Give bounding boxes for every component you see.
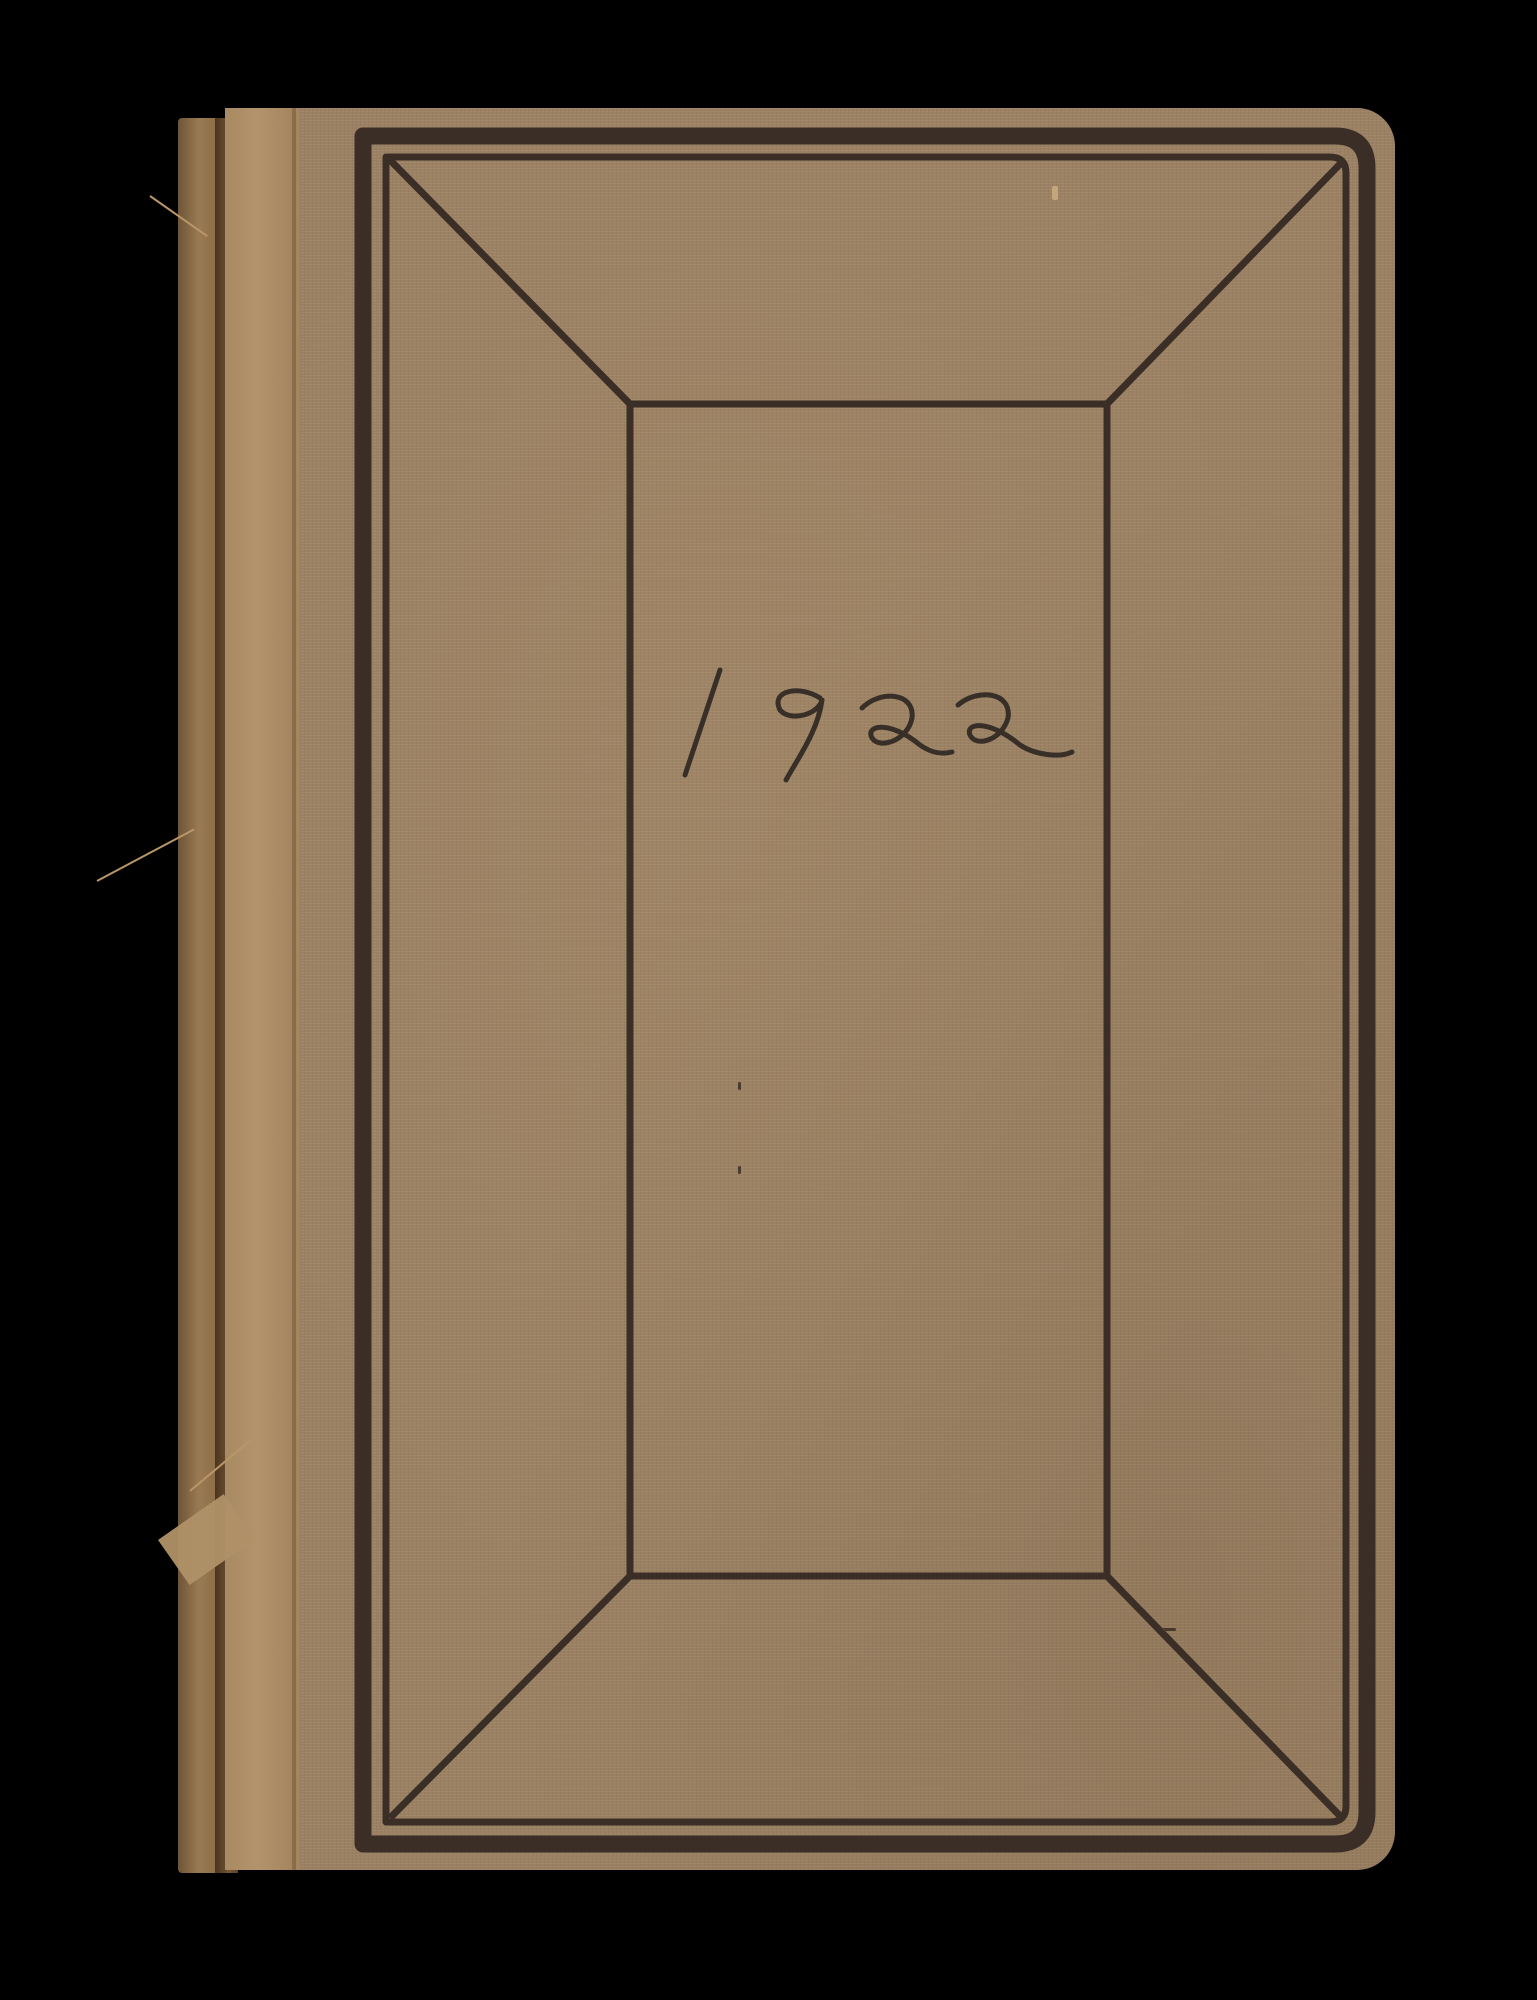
cover-blemish bbox=[738, 1166, 741, 1174]
cover-blemish bbox=[1052, 186, 1058, 200]
handwritten-year bbox=[640, 630, 1080, 790]
cover-blemish bbox=[1162, 1628, 1176, 1631]
photo-scene: 1922 bbox=[0, 0, 1537, 2000]
cover-blemish bbox=[738, 1082, 741, 1090]
cover-frame-ornament bbox=[0, 0, 1537, 2000]
